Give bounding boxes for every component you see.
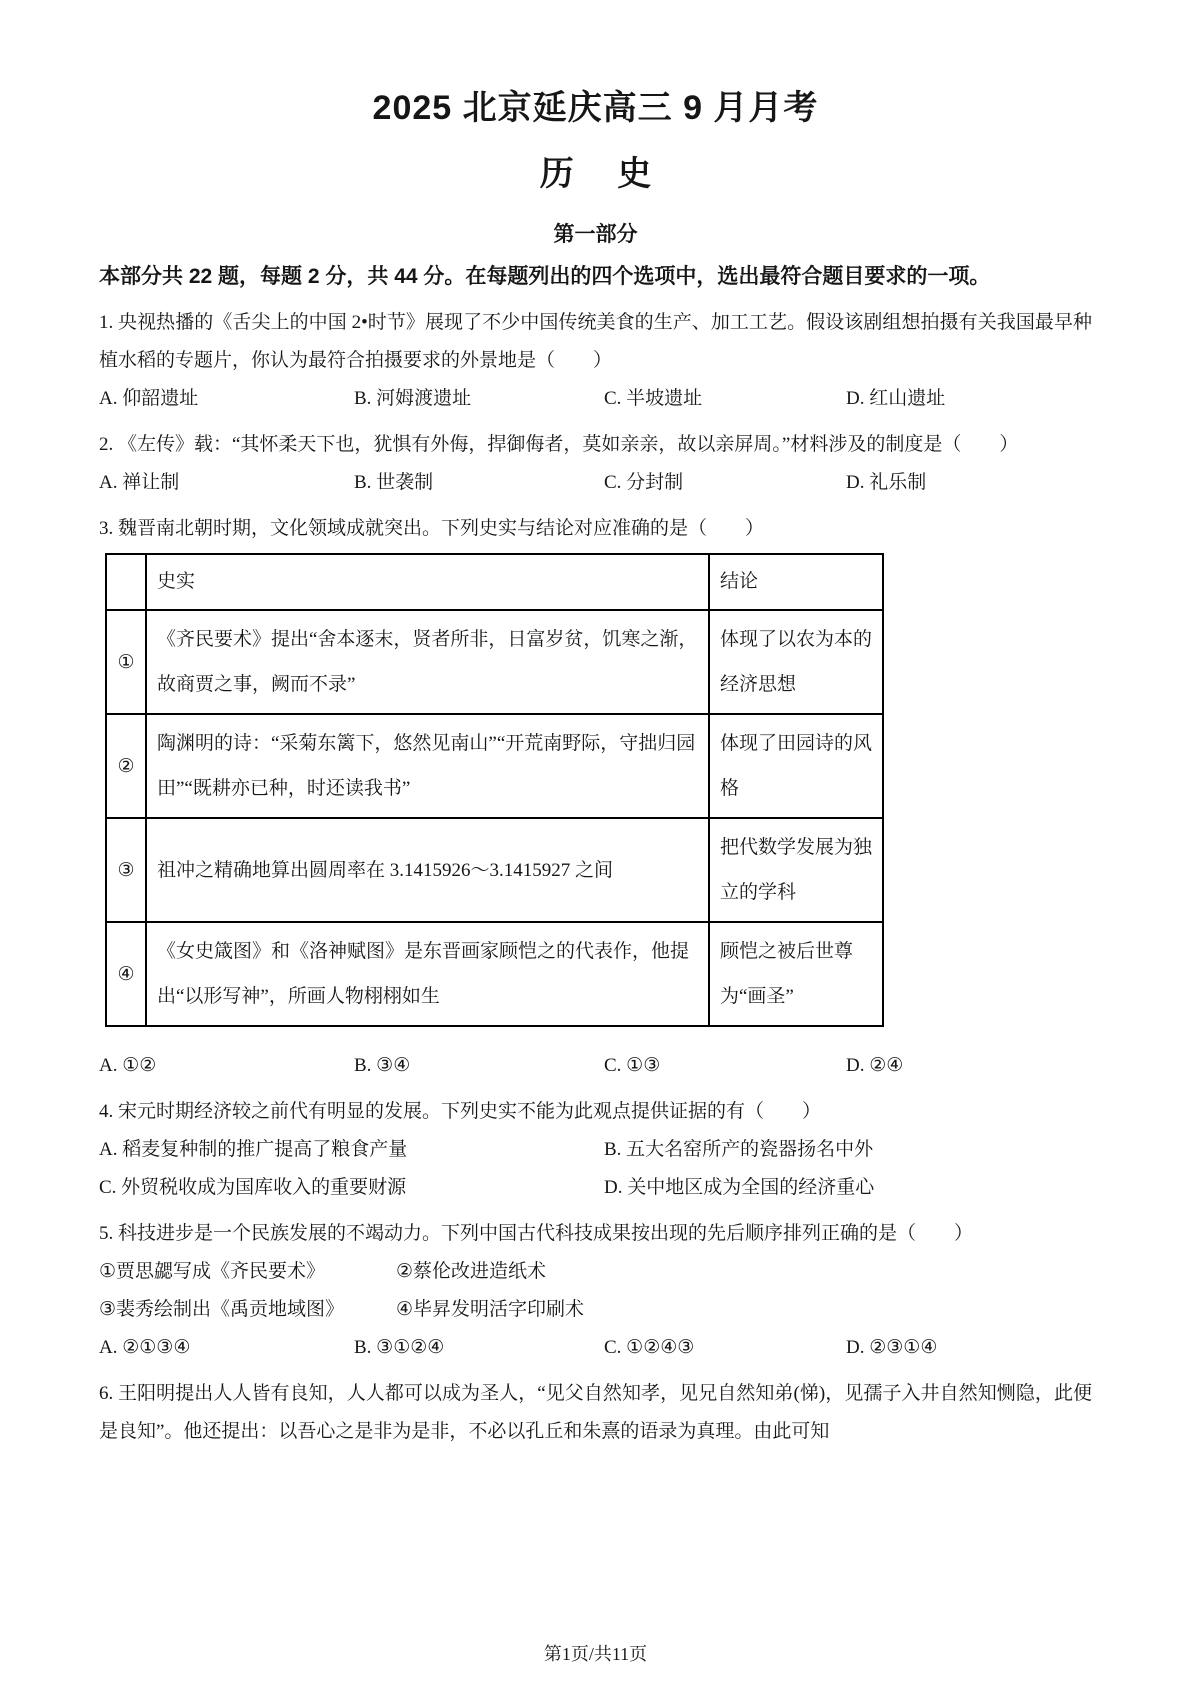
page-footer: 第1页/共11页 [0, 1642, 1191, 1666]
table-header-row: 史实 结论 [106, 554, 883, 610]
question-2-option-d: D. 礼乐制 [846, 464, 1092, 502]
question-3-option-c: C. ①③ [604, 1047, 846, 1085]
question-4-options: A. 稻麦复种制的推广提高了粮食产量 B. 五大名窑所产的瓷器扬名中外 C. 外… [99, 1131, 1092, 1207]
question-5-items-line-1: ①贾思勰写成《齐民要术》 ②蔡伦改进造纸术 [99, 1253, 1092, 1291]
question-4-text: 4. 宋元时期经济较之前代有明显的发展。下列史实不能为此观点提供证据的有（ ） [99, 1093, 1092, 1131]
question-1-option-b: B. 河姆渡遗址 [354, 380, 604, 418]
question-5-text: 5. 科技进步是一个民族发展的不竭动力。下列中国古代科技成果按出现的先后顺序排列… [99, 1215, 1092, 1253]
question-2-options: A. 禅让制 B. 世袭制 C. 分封制 D. 礼乐制 [99, 464, 1092, 502]
question-5-option-b: B. ③①②④ [354, 1329, 604, 1367]
question-5-item-4: ④毕昇发明活字印刷术 [396, 1291, 584, 1329]
row-number: ③ [106, 818, 146, 922]
question-5-item-1: ①贾思勰写成《齐民要术》 [99, 1253, 396, 1291]
question-5-option-d: D. ②③①④ [846, 1329, 1092, 1367]
row-conclusion: 体现了以农为本的经济思想 [709, 610, 883, 714]
fact-conclusion-table: 史实 结论 ① 《齐民要术》提出“舍本逐末，贤者所非，日富岁贫，饥寒之渐，故商贾… [105, 553, 884, 1027]
question-4-option-c: C. 外贸税收成为国库收入的重要财源 [99, 1169, 604, 1207]
table-header-fact: 史实 [146, 554, 709, 610]
question-5-items-line-2: ③裴秀绘制出《禹贡地域图》 ④毕昇发明活字印刷术 [99, 1291, 1092, 1329]
row-fact: 祖冲之精确地算出圆周率在 3.1415926～3.1415927 之间 [146, 818, 709, 922]
table-row: ③ 祖冲之精确地算出圆周率在 3.1415926～3.1415927 之间 把代… [106, 818, 883, 922]
question-4-option-d: D. 关中地区成为全国的经济重心 [604, 1169, 1092, 1207]
question-5-item-3: ③裴秀绘制出《禹贡地域图》 [99, 1291, 396, 1329]
question-3-option-d: D. ②④ [846, 1047, 1092, 1085]
question-4-option-a: A. 稻麦复种制的推广提高了粮食产量 [99, 1131, 604, 1169]
table-row: ① 《齐民要术》提出“舍本逐末，贤者所非，日富岁贫，饥寒之渐，故商贾之事，阙而不… [106, 610, 883, 714]
page-content: 2025 北京延庆高三 9 月月考 历 史 第一部分 本部分共 22 题，每题 … [0, 0, 1191, 1451]
section-instructions: 本部分共 22 题，每题 2 分，共 44 分。在每题列出的四个选项中，选出最符… [99, 258, 1092, 296]
row-conclusion: 顾恺之被后世尊为“画圣” [709, 922, 883, 1026]
question-1-options: A. 仰韶遗址 B. 河姆渡遗址 C. 半坡遗址 D. 红山遗址 [99, 380, 1092, 418]
page-title: 2025 北京延庆高三 9 月月考 [99, 88, 1092, 128]
question-3-text: 3. 魏晋南北朝时期，文化领域成就突出。下列史实与结论对应准确的是（ ） [99, 510, 1092, 548]
section-heading: 第一部分 [99, 220, 1092, 250]
subject-title: 历 史 [99, 154, 1092, 194]
row-number: ① [106, 610, 146, 714]
question-5-option-a: A. ②①③④ [99, 1329, 354, 1367]
row-conclusion: 体现了田园诗的风格 [709, 714, 883, 818]
table-row: ④ 《女史箴图》和《洛神赋图》是东晋画家顾恺之的代表作，他提出“以形写神”，所画… [106, 922, 883, 1026]
question-2-option-a: A. 禅让制 [99, 464, 354, 502]
row-fact: 陶渊明的诗：“采菊东篱下，悠然见南山”“开荒南野际，守拙归园田”“既耕亦已种，时… [146, 714, 709, 818]
table-header-conclusion: 结论 [709, 554, 883, 610]
row-conclusion: 把代数学发展为独立的学科 [709, 818, 883, 922]
question-1-text: 1. 央视热播的《舌尖上的中国 2•时节》展现了不少中国传统美食的生产、加工工艺… [99, 304, 1092, 380]
question-5-item-2: ②蔡伦改进造纸术 [396, 1253, 546, 1291]
question-5-option-c: C. ①②④③ [604, 1329, 846, 1367]
question-3-options: A. ①② B. ③④ C. ①③ D. ②④ [99, 1047, 1092, 1085]
row-number: ④ [106, 922, 146, 1026]
row-number: ② [106, 714, 146, 818]
question-1-option-a: A. 仰韶遗址 [99, 380, 354, 418]
question-2-option-c: C. 分封制 [604, 464, 846, 502]
question-6-text: 6. 王阳明提出人人皆有良知，人人都可以成为圣人，“见父自然知孝，见兄自然知弟(… [99, 1375, 1092, 1451]
question-3-option-b: B. ③④ [354, 1047, 604, 1085]
exam-paper-page: 2025 北京延庆高三 9 月月考 历 史 第一部分 本部分共 22 题，每题 … [0, 0, 1191, 1684]
table-header-empty [106, 554, 146, 610]
question-5-options: A. ②①③④ B. ③①②④ C. ①②④③ D. ②③①④ [99, 1329, 1092, 1367]
question-1-option-d: D. 红山遗址 [846, 380, 1092, 418]
row-fact: 《女史箴图》和《洛神赋图》是东晋画家顾恺之的代表作，他提出“以形写神”，所画人物… [146, 922, 709, 1026]
question-3-option-a: A. ①② [99, 1047, 354, 1085]
question-1-option-c: C. 半坡遗址 [604, 380, 846, 418]
question-4-option-b: B. 五大名窑所产的瓷器扬名中外 [604, 1131, 1092, 1169]
question-2-text: 2. 《左传》载：“其怀柔天下也，犹惧有外侮，捍御侮者，莫如亲亲，故以亲屏周。”… [99, 426, 1092, 464]
row-fact: 《齐民要术》提出“舍本逐末，贤者所非，日富岁贫，饥寒之渐，故商贾之事，阙而不录” [146, 610, 709, 714]
question-2-option-b: B. 世袭制 [354, 464, 604, 502]
table-row: ② 陶渊明的诗：“采菊东篱下，悠然见南山”“开荒南野际，守拙归园田”“既耕亦已种… [106, 714, 883, 818]
